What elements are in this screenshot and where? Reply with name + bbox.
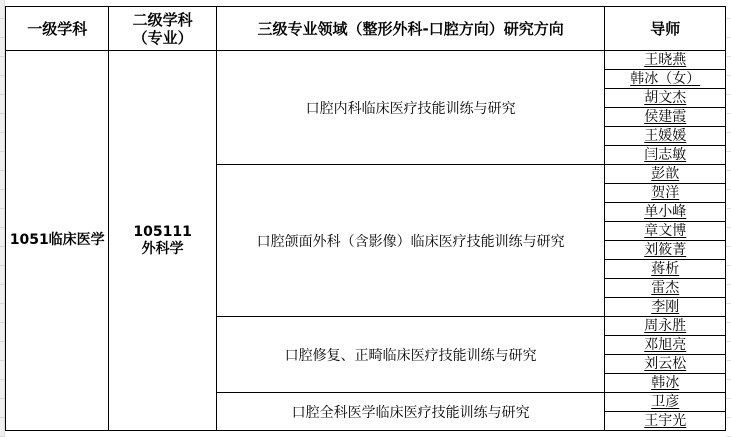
direction-cell-oral-maxillofacial-surgery[interactable]: 口腔颌面外科（含影像）临床医疗技能训练与研究 [216, 165, 605, 317]
advisor-cell[interactable]: 卫彦 [605, 393, 726, 412]
research-direction-table: 一级学科 二级学科 （专业） 三级专业领域（整形外科-口腔方向）研究方向 导师 … [5, 6, 726, 431]
advisor-cell[interactable]: 韩冰（女） [605, 70, 726, 89]
advisor-cell[interactable]: 王晓燕 [605, 51, 726, 70]
header-row: 一级学科 二级学科 （专业） 三级专业领域（整形外科-口腔方向）研究方向 导师 [6, 7, 726, 51]
advisor-cell[interactable]: 贺洋 [605, 184, 726, 203]
header-level2-discipline[interactable]: 二级学科 （专业） [109, 7, 216, 51]
direction-cell-prosthodontics-orthodontics[interactable]: 口腔修复、正畸临床医疗技能训练与研究 [216, 317, 605, 393]
advisor-cell[interactable]: 侯建霞 [605, 108, 726, 127]
advisor-cell[interactable]: 章文博 [605, 222, 726, 241]
header-advisor[interactable]: 导师 [605, 7, 726, 51]
advisor-cell[interactable]: 刘云松 [605, 355, 726, 374]
header-level1-discipline[interactable]: 一级学科 [6, 7, 109, 51]
advisor-cell[interactable]: 刘筱菁 [605, 241, 726, 260]
level2-name: 外科学 [109, 241, 215, 258]
header-level2-line1: 二级学科 [109, 11, 215, 29]
table-row: 1051临床医学 105111 外科学 口腔内科临床医疗技能训练与研究 王晓燕 [6, 51, 726, 70]
direction-cell-oral-medicine[interactable]: 口腔内科临床医疗技能训练与研究 [216, 51, 605, 165]
header-level2-line2: （专业） [109, 29, 215, 47]
advisor-cell[interactable]: 闫志敏 [605, 146, 726, 165]
level2-discipline-cell[interactable]: 105111 外科学 [109, 51, 216, 431]
level2-code: 105111 [109, 224, 215, 241]
advisor-cell[interactable]: 韩冰 [605, 374, 726, 393]
advisor-cell[interactable]: 彭歆 [605, 165, 726, 184]
advisor-cell[interactable]: 邓旭亮 [605, 336, 726, 355]
advisor-cell[interactable]: 李刚 [605, 298, 726, 317]
advisor-cell[interactable]: 胡文杰 [605, 89, 726, 108]
advisor-cell[interactable]: 王宇光 [605, 412, 726, 431]
advisor-cell[interactable]: 蒋析 [605, 260, 726, 279]
level1-discipline-text: 1051临床医学 [10, 232, 105, 248]
sheet-gridlines [726, 0, 731, 437]
direction-cell-general-dentistry[interactable]: 口腔全科医学临床医疗技能训练与研究 [216, 393, 605, 431]
advisor-cell[interactable]: 单小峰 [605, 203, 726, 222]
level1-discipline-cell[interactable]: 1051临床医学 [6, 51, 109, 431]
header-research-direction[interactable]: 三级专业领域（整形外科-口腔方向）研究方向 [216, 7, 605, 51]
advisor-cell[interactable]: 雷杰 [605, 279, 726, 298]
advisor-cell[interactable]: 王媛媛 [605, 127, 726, 146]
advisor-cell[interactable]: 周永胜 [605, 317, 726, 336]
